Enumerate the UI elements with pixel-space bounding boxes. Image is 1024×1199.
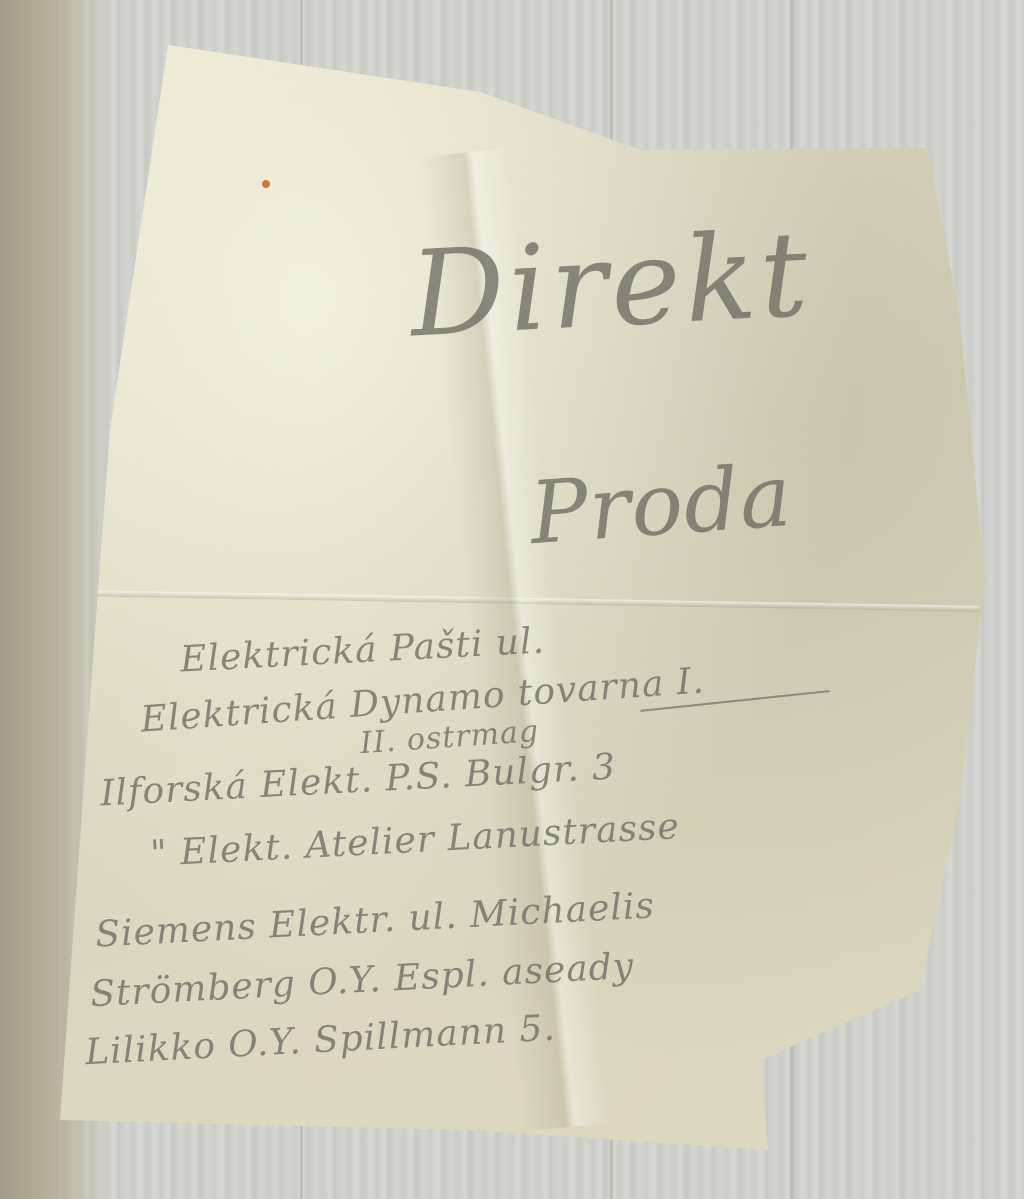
handwritten-note-paper: Direkt Proda Elektrická Pašti ul. Elektr… — [0, 0, 1024, 1199]
note-line: " Elekt. Atelier Lanustrasse — [149, 806, 680, 875]
rust-stain — [262, 180, 270, 188]
note-heading-line1: Direkt — [407, 205, 815, 364]
note-heading-line2: Proda — [527, 446, 795, 564]
note-line: Lilikko O.Y. Spillmann 5. — [84, 1008, 557, 1074]
